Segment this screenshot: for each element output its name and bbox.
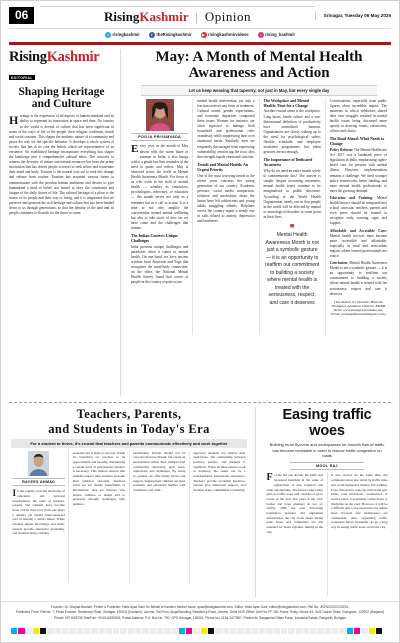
registration-square-empty bbox=[128, 628, 134, 635]
item-text: Mental health services must become more … bbox=[330, 234, 387, 258]
registration-square-empty bbox=[281, 628, 287, 635]
item-lead: Policy Reform: bbox=[330, 148, 353, 152]
imprint-line-3: Phone: 9971926736 Tele/Fax: +91194249953… bbox=[11, 616, 389, 621]
main-text: very year, as the month of May dawns wit… bbox=[131, 144, 188, 230]
traffic-paragraph: For the last one decade, the traffic has… bbox=[267, 473, 324, 534]
main-col-1: POOJA PRIYAMVADA Every year, as the mont… bbox=[127, 99, 192, 335]
main-col-3: The Workplace and Mental Health: Time fo… bbox=[259, 99, 325, 335]
road-ahead-item: Policy Reform: The Mental Healthcare Act… bbox=[330, 148, 387, 194]
registration-square-k bbox=[40, 628, 46, 635]
social-youtube[interactable]: ▶risingkashmirvideos bbox=[201, 32, 249, 38]
author-photo-pooja bbox=[146, 99, 174, 131]
registration-square-empty bbox=[113, 628, 119, 635]
registration-square-empty bbox=[164, 628, 170, 635]
item-lead: Affordable and Accessible Care: bbox=[330, 229, 387, 233]
registration-square-empty bbox=[142, 628, 148, 635]
registration-square-c bbox=[347, 628, 353, 635]
subhead-indian-context: The Indian Context: Unique Challenges bbox=[131, 234, 188, 244]
registration-square-empty bbox=[274, 628, 280, 635]
traffic-byline: MOOL RAJ bbox=[290, 462, 364, 471]
main-col-4: Conversations, especially from public fi… bbox=[325, 99, 391, 335]
author-credit: (The Author is Cofounder Bharosa Dialogu… bbox=[330, 300, 387, 316]
registration-square-empty bbox=[296, 628, 302, 635]
registration-square-empty bbox=[193, 628, 199, 635]
item-lead: Education and Training: bbox=[330, 196, 373, 200]
editorial-logo: RisingKashmir bbox=[9, 49, 114, 66]
main-standfirst: Let us keep weaving that tapestry, not j… bbox=[141, 85, 377, 96]
item-text: Mental health literacy should be integra… bbox=[330, 196, 387, 225]
traffic-text: or the last one decade, the traffic has … bbox=[267, 473, 324, 533]
registration-square-empty bbox=[62, 628, 68, 635]
main-article: May: A Month of Mental Health Awareness … bbox=[121, 49, 391, 397]
teachers-headline-line2: and Students in Today's Era bbox=[9, 422, 249, 436]
masthead: RisingKashmir bbox=[104, 9, 189, 25]
registration-square-c bbox=[11, 628, 17, 635]
twitter-icon: t bbox=[105, 32, 111, 38]
registration-square-m bbox=[186, 628, 192, 635]
traffic-standfirst: Building more flyovers and underpasses f… bbox=[267, 442, 387, 459]
youtube-icon: ▶ bbox=[201, 32, 207, 38]
editorial-label: EDITORIAL bbox=[9, 75, 35, 80]
registration-square-empty bbox=[99, 628, 105, 635]
registration-square-empty bbox=[135, 628, 141, 635]
registration-square-empty bbox=[172, 628, 178, 635]
registration-square-m bbox=[354, 628, 360, 635]
registration-square-empty bbox=[303, 628, 309, 635]
registration-square-empty bbox=[69, 628, 75, 635]
pull-quote: ❞ Mental Health Awareness Month is not j… bbox=[265, 225, 320, 307]
imprint-footer: Founder: Dr. Shujaat Bukhari, Printer & … bbox=[1, 601, 399, 634]
social-handle: risingkashmir bbox=[112, 32, 139, 37]
author-photo-rayees bbox=[28, 451, 49, 476]
registration-square-y bbox=[33, 628, 39, 635]
registration-square-y bbox=[369, 628, 375, 635]
road-ahead-item: Affordable and Accessible Care: Mental h… bbox=[330, 229, 387, 260]
dateline: Srinagar, Tuesday 06 May 2025 bbox=[315, 11, 391, 20]
registration-square-k bbox=[376, 628, 382, 635]
registration-square-m bbox=[18, 628, 24, 635]
registration-square-empty bbox=[245, 628, 251, 635]
traffic-article: Easing traffic woes Building more flyove… bbox=[255, 407, 391, 597]
social-twitter[interactable]: trisingkashmir bbox=[105, 32, 140, 38]
main-headline-line1: May: A Month of Mental Health bbox=[127, 49, 391, 66]
item-lead: Conclusion: bbox=[330, 261, 348, 265]
subhead-dedicated-awareness: The Importance of Dedicated Awareness bbox=[264, 158, 321, 168]
registration-square-empty bbox=[120, 628, 126, 635]
editorial-text: eritage is the expression of all aspects… bbox=[9, 114, 114, 215]
editorial-headline: Shaping Heritage and Culture bbox=[9, 86, 114, 111]
main-paragraph: mental health intervention, yet only a f… bbox=[197, 99, 254, 160]
main-headline-line2: Awareness and Action bbox=[127, 65, 391, 82]
registration-square-empty bbox=[77, 628, 83, 635]
social-handle: rising_kashmir bbox=[265, 32, 295, 37]
teachers-paragraph: In the rapidly evolving landscape of edu… bbox=[13, 489, 65, 536]
main-headline: May: A Month of Mental Health Awareness … bbox=[127, 49, 391, 83]
editorial-dropcap: H bbox=[9, 114, 20, 125]
main-byline: POOJA PRIYAMVADA bbox=[131, 133, 188, 142]
section-title: Opinion bbox=[205, 9, 251, 25]
instagram-icon: ○ bbox=[258, 32, 264, 38]
subhead-trends: Trends and Mental Health: An Urgent Prio… bbox=[197, 163, 254, 173]
logo-word2: Kashmir bbox=[47, 49, 100, 65]
registration-square-empty bbox=[157, 628, 163, 635]
facebook-icon: f bbox=[149, 32, 155, 38]
teachers-byline: RAYEES AHMAD bbox=[13, 478, 65, 487]
item-text: The Mental Healthcare Act 2017 was a lan… bbox=[330, 148, 387, 193]
registration-square-empty bbox=[252, 628, 258, 635]
traffic-col-2: is also crucial. At the same time, the c… bbox=[327, 473, 392, 597]
main-col-2: mental health intervention, yet only a f… bbox=[192, 99, 258, 335]
road-ahead-item: Conclusion: Mental Health Awareness Mont… bbox=[330, 261, 387, 297]
main-dropcap: E bbox=[131, 144, 140, 154]
section-divider bbox=[9, 402, 391, 403]
editorial-body: Heritage is the expression of all aspect… bbox=[9, 114, 114, 396]
registration-square-empty bbox=[339, 628, 345, 635]
registration-square-empty bbox=[310, 628, 316, 635]
imprint-line-2: Published From: Flat No: 7, Press Enclav… bbox=[11, 610, 389, 615]
registration-square-y bbox=[201, 628, 207, 635]
masthead-word1: Rising bbox=[104, 9, 139, 24]
registration-square-c bbox=[179, 628, 185, 635]
registration-square-empty bbox=[230, 628, 236, 635]
main-paragraph: Conversations, especially from public fi… bbox=[330, 99, 387, 135]
main-paragraph: Why do we need an entire month solely to… bbox=[264, 169, 321, 220]
social-handle: theRisingkashmir bbox=[156, 32, 191, 37]
traffic-col-1: For the last one decade, the traffic has… bbox=[263, 473, 327, 597]
teachers-headline-line1: Teachers, Parents, bbox=[9, 407, 249, 421]
teachers-col-1: RAYEES AHMAD In the rapidly evolving lan… bbox=[9, 451, 68, 583]
registration-square-empty bbox=[332, 628, 338, 635]
teachers-text: n the rapidly evolving landscape of educ… bbox=[13, 489, 65, 535]
road-ahead-item: Education and Training: Mental health li… bbox=[330, 196, 387, 227]
registration-square-empty bbox=[259, 628, 265, 635]
traffic-dropcap: F bbox=[267, 473, 275, 483]
pull-quote-text: Mental Health Awareness Month is not jus… bbox=[265, 232, 320, 307]
teachers-paragraph: essential and it leads to success. While… bbox=[73, 451, 125, 507]
main-paragraph: Every year, as the month of May dawns wi… bbox=[131, 144, 188, 231]
registration-square-empty bbox=[317, 628, 323, 635]
teachers-col-2: essential and it leads to success. While… bbox=[68, 451, 128, 583]
subhead-road-ahead: The Road Ahead: What Needs to Change bbox=[330, 137, 387, 147]
main-paragraph: India presents unique challenges and par… bbox=[131, 245, 188, 286]
traffic-paragraph: is also crucial. At the same time, the c… bbox=[331, 473, 388, 529]
social-facebook[interactable]: ftheRisingkashmir bbox=[149, 32, 192, 38]
registration-square-empty bbox=[106, 628, 112, 635]
teachers-article: Teachers, Parents, and Students in Today… bbox=[9, 407, 255, 597]
registration-square-empty bbox=[150, 628, 156, 635]
newspaper-page: 06 RisingKashmir | Opinion Srinagar, Tue… bbox=[0, 0, 400, 643]
teachers-col-3: relationship. Parents should not be over… bbox=[129, 451, 189, 583]
quote-mark-icon: ❞ bbox=[265, 225, 320, 232]
main-paragraph: Another crucial arena is the workplace. … bbox=[264, 109, 321, 155]
item-text: Mental Health Awareness Month is not a s… bbox=[330, 261, 387, 296]
teachers-col-4: approach, students can achieve their asp… bbox=[189, 451, 249, 583]
registration-square-empty bbox=[84, 628, 90, 635]
social-row: trisingkashmir ftheRisingkashmir ▶rising… bbox=[9, 28, 391, 40]
editorial-column: RisingKashmir EDITORIAL Shaping Heritage… bbox=[9, 49, 121, 397]
registration-square-empty bbox=[215, 628, 221, 635]
registration-square-empty bbox=[288, 628, 294, 635]
teachers-paragraph: relationship. Parents should not be over… bbox=[133, 451, 185, 493]
page-header: 06 RisingKashmir | Opinion Srinagar, Tue… bbox=[1, 1, 399, 45]
registration-square-empty bbox=[91, 628, 97, 635]
registration-square-empty bbox=[237, 628, 243, 635]
registration-square-empty bbox=[361, 628, 367, 635]
registration-square-empty bbox=[47, 628, 53, 635]
registration-square-empty bbox=[55, 628, 61, 635]
registration-square-k bbox=[208, 628, 214, 635]
social-handle: risingkashmirvideos bbox=[208, 32, 249, 37]
traffic-headline: Easing traffic woes bbox=[263, 407, 391, 439]
registration-square-empty bbox=[223, 628, 229, 635]
registration-square-empty bbox=[26, 628, 32, 635]
registration-square-empty bbox=[266, 628, 272, 635]
logo-word1: Rising bbox=[9, 49, 47, 65]
masthead-strip: RisingKashmir | Opinion bbox=[40, 6, 314, 25]
registration-square-empty bbox=[325, 628, 331, 635]
page-number: 06 bbox=[9, 7, 34, 23]
print-color-bar bbox=[11, 628, 389, 635]
teachers-standfirst: For a student to thrive, it's crucial th… bbox=[11, 439, 247, 448]
masthead-word2: Kashmir bbox=[139, 9, 188, 24]
main-paragraph: One of the most worrying trends in the r… bbox=[197, 174, 254, 225]
teachers-headline: Teachers, Parents, and Students in Today… bbox=[9, 407, 249, 436]
teachers-paragraph: approach, students can achieve their asp… bbox=[193, 451, 245, 493]
social-instagram[interactable]: ○rising_kashmir bbox=[258, 32, 295, 38]
header-divider: | bbox=[196, 10, 198, 25]
subhead-workplace: The Workplace and Mental Health: Time fo… bbox=[264, 99, 321, 109]
